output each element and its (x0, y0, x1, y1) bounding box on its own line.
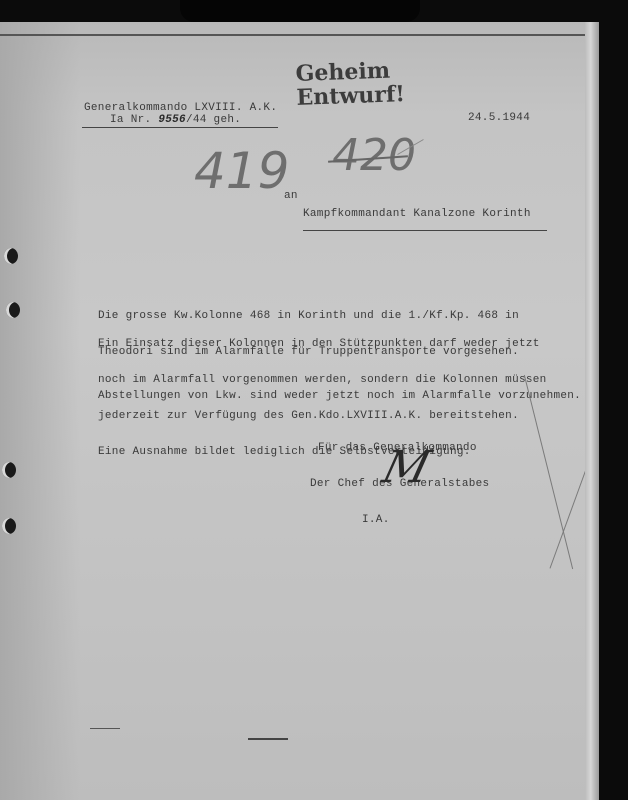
sender-underline (82, 127, 278, 128)
sender-line-1: Generalkommando LXVIII. A.K. (84, 102, 277, 114)
punch-hole (4, 248, 18, 264)
document-date: 24.5.1944 (468, 112, 530, 124)
sender-ref-suffix: /44 geh. (186, 114, 241, 126)
paper-clip (180, 0, 420, 22)
sender-ref-prefix: Ia Nr. (110, 114, 151, 126)
signature-line-3: I.A. (362, 514, 489, 526)
stamp-line-entwurf: Entwurf! (296, 82, 405, 110)
body-line: Ein Einsatz dieser Kolonnen in den Stütz… (98, 338, 547, 350)
body-paragraph-3: Abstellungen von Lkw. sind weder jetzt n… (98, 366, 581, 426)
ink-smudge (248, 738, 288, 740)
recipient-prefix: an (284, 190, 298, 202)
sender-ref-number: 9556 (158, 114, 186, 126)
recipient-underline (303, 230, 547, 231)
ink-smudge (90, 728, 120, 729)
punch-hole (2, 518, 16, 534)
body-line: Abstellungen von Lkw. sind weder jetzt n… (98, 390, 581, 402)
punch-hole (2, 462, 16, 478)
handwritten-number-current: 419 (194, 142, 289, 200)
punch-hole (6, 302, 20, 318)
recipient-name: Kampfkommandant Kanalzone Korinth (303, 208, 531, 220)
classification-stamp: Geheim Entwurf! (295, 58, 405, 110)
page-top-edge (0, 34, 598, 36)
sender-line-2: Ia Nr. 9556/44 geh. (110, 114, 241, 126)
document-page: Geheim Entwurf! Generalkommando LXVIII. … (0, 22, 598, 800)
page-right-edge (585, 22, 599, 800)
